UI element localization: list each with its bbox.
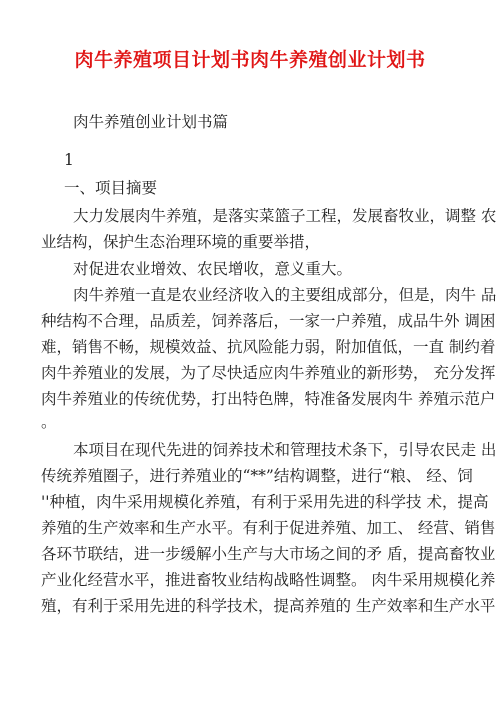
paragraph-line: 肉牛养殖业的传统优势，打出特色牌，特准备发展肉牛 养殖示范户 xyxy=(41,389,461,409)
document-subtitle: 肉牛养殖创业计划书篇 xyxy=(73,112,228,132)
paragraph-line: 肉牛养殖一直是农业经济收入的主要组成部分，但是，肉牛 品 xyxy=(73,285,461,305)
paragraph-line: 。 xyxy=(41,412,461,432)
paragraph-line: 产业化经营水平，推进畜牧业结构战略性调整。 肉牛采用规模化养 xyxy=(41,570,461,590)
paragraph-line: 种结构不合理，品质差，饲养落后，一家一户养殖，成品牛外 调困 xyxy=(41,311,461,331)
paragraph-line: 难，销售不畅，规模效益、抗风险能力弱，附加值低，一直 制约着 xyxy=(41,337,461,357)
paragraph-line: 养殖的生产效率和生产水平。有利于促进养殖、加工、 经营、销售 xyxy=(41,518,461,538)
paragraph-line: 本项目在现代先进的饲养技术和管理技术条下，引导农民走 出 xyxy=(73,440,461,460)
paragraph-line: ''种植，肉牛采用规模化养殖，有利于采用先进的科学技 术，提高 xyxy=(41,492,461,512)
section-heading: 一、项目摘要 xyxy=(64,178,157,198)
paragraph-line: 肉牛养殖业的发展，为了尽快适应肉牛养殖业的新形势， 充分发挥 xyxy=(41,363,461,383)
paragraph-line: 对促进农业增效、农民增收，意义重大。 xyxy=(73,259,461,279)
document-page: 肉牛养殖项目计划书肉牛养殖创业计划书 肉牛养殖创业计划书篇 1 一、项目摘要 大… xyxy=(0,0,500,707)
paragraph-line: 大力发展肉牛养殖，是落实菜篮子工程，发展畜牧业，调整 农 xyxy=(73,206,461,226)
paragraph-line: 各环节联结，进一步缓解小生产与大市场之间的矛 盾，提高畜牧业 xyxy=(41,544,461,564)
document-title: 肉牛养殖项目计划书肉牛养殖创业计划书 xyxy=(0,45,500,72)
page-number: 1 xyxy=(64,150,74,170)
paragraph-line: 传统养殖圈子，进行养殖业的“**”结构调整，进行“粮、 经、饲 xyxy=(41,466,461,486)
paragraph-line: 殖，有利于采用先进的科学技术，提高养殖的 生产效率和生产水平 xyxy=(41,596,461,616)
paragraph-line: 业结构，保护生态治理环境的重要举措， xyxy=(41,232,461,252)
